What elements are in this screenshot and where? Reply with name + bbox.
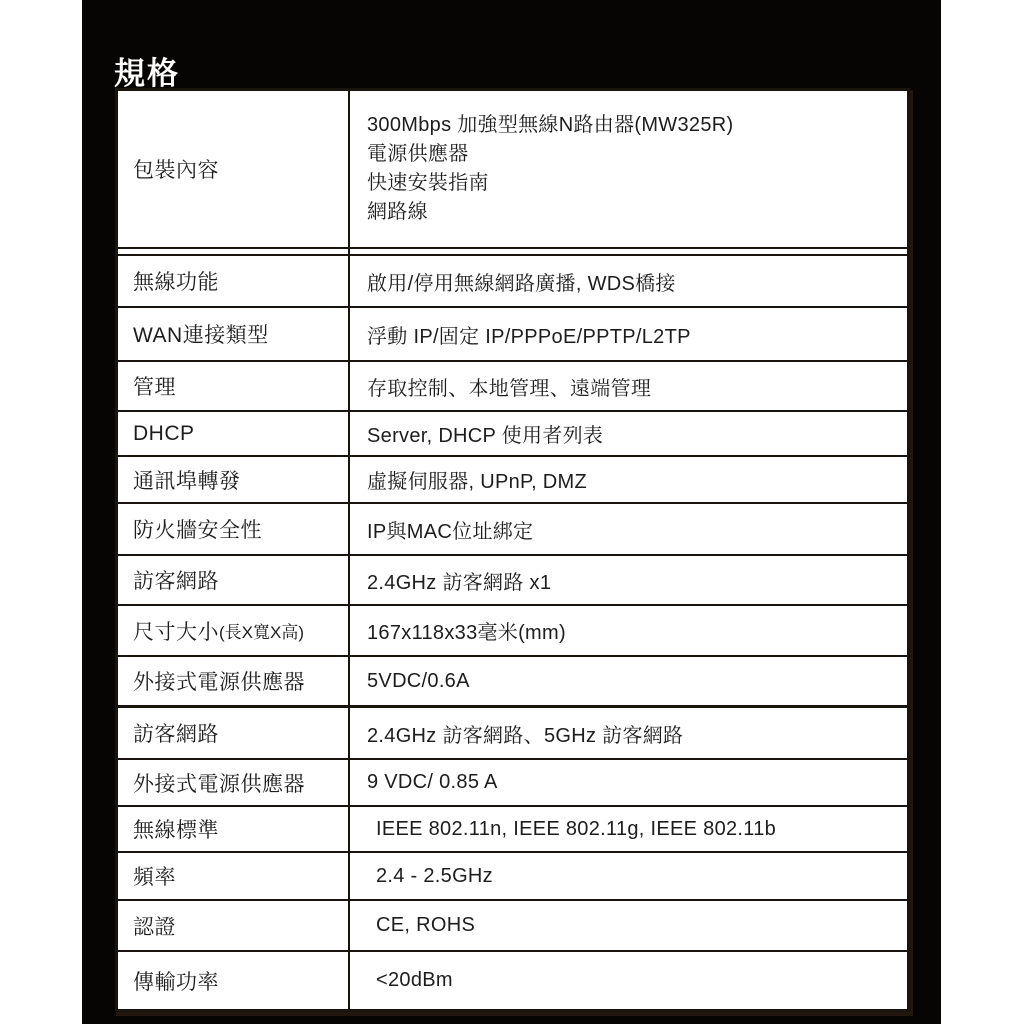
table-row-port-forwarding: 通訊埠轉發 虛擬伺服器, UPnP, DMZ [118,457,907,504]
table-row-certification: 認證 CE, ROHS [118,901,907,952]
table-row-firewall-security: 防火牆安全性 IP與MAC位址綁定 [118,504,907,556]
table-row-guest-network-2: 訪客網路 2.4GHz 訪客網路、5GHz 訪客網路 [118,708,907,760]
row-label: 管理 [118,362,350,410]
row-label-suffix: (長X寬X高) [219,618,304,643]
table-row-dhcp: DHCP Server, DHCP 使用者列表 [118,412,907,457]
row-value: CE, ROHS [350,901,907,950]
table-row-external-power-adapter-2: 外接式電源供應器 9 VDC/ 0.85 A [118,760,907,807]
table-row-guest-network: 訪客網路 2.4GHz 訪客網路 x1 [118,556,907,606]
row-label: 訪客網路 [118,708,350,758]
package-item: 快速安裝指南 [367,169,489,198]
row-value: IP與MAC位址綁定 [350,504,907,554]
row-label: 通訊埠轉發 [118,457,350,502]
table-row-dimensions: 尺寸大小(長X寬X高) 167x118x33毫米(mm) [118,606,907,657]
table-row-external-power-adapter: 外接式電源供應器 5VDC/0.6A [118,657,907,708]
row-label: 外接式電源供應器 [118,657,350,705]
row-value: 167x118x33毫米(mm) [350,606,907,655]
page-title: 規格 [114,48,180,93]
package-item: 300Mbps 加強型無線N路由器(MW325R) [367,111,733,140]
row-value: 浮動 IP/固定 IP/PPPoE/PPTP/L2TP [350,308,907,360]
row-label: 無線功能 [118,256,350,306]
row-value: 虛擬伺服器, UPnP, DMZ [350,457,907,502]
row-value: 啟用/停用無線網路廣播, WDS橋接 [350,256,907,306]
row-value: 2.4GHz 訪客網路、5GHz 訪客網路 [350,708,907,758]
table-row-management: 管理 存取控制、本地管理、遠端管理 [118,362,907,412]
table-row-transmit-power: 傳輸功率 <20dBm [118,952,907,1009]
package-item: 網路線 [367,198,428,227]
row-label: 傳輸功率 [118,952,350,1009]
row-value: 2.4GHz 訪客網路 x1 [350,556,907,604]
section-divider-left [118,249,350,254]
row-label: 防火牆安全性 [118,504,350,554]
table-row-wan-connection-type: WAN連接類型 浮動 IP/固定 IP/PPPoE/PPTP/L2TP [118,308,907,362]
table-row-wireless-functions: 無線功能 啟用/停用無線網路廣播, WDS橋接 [118,256,907,308]
row-label: 頻率 [118,853,350,899]
row-value: 9 VDC/ 0.85 A [350,760,907,805]
row-value: 存取控制、本地管理、遠端管理 [350,362,907,410]
row-label: 包裝內容 [118,91,350,247]
row-value: Server, DHCP 使用者列表 [350,412,907,455]
row-value: 5VDC/0.6A [350,657,907,705]
row-label: 認證 [118,901,350,950]
spec-table: 包裝內容 300Mbps 加強型無線N路由器(MW325R) 電源供應器 快速安… [115,88,910,1012]
row-value: <20dBm [350,952,907,1009]
row-label: 無線標準 [118,807,350,851]
row-label: WAN連接類型 [118,308,350,360]
table-row-wireless-standards: 無線標準 IEEE 802.11n, IEEE 802.11g, IEEE 80… [118,807,907,853]
row-label: 外接式電源供應器 [118,760,350,805]
row-value: 2.4 - 2.5GHz [350,853,907,899]
row-value: 300Mbps 加強型無線N路由器(MW325R) 電源供應器 快速安裝指南 網… [350,91,907,247]
table-row-package-contents: 包裝內容 300Mbps 加強型無線N路由器(MW325R) 電源供應器 快速安… [118,91,907,249]
row-label: 訪客網路 [118,556,350,604]
row-value: IEEE 802.11n, IEEE 802.11g, IEEE 802.11b [350,807,907,851]
table-row-frequency: 頻率 2.4 - 2.5GHz [118,853,907,901]
row-label: 尺寸大小(長X寬X高) [118,606,350,655]
section-divider [118,249,907,256]
package-item: 電源供應器 [367,140,469,169]
row-label: DHCP [118,412,350,455]
